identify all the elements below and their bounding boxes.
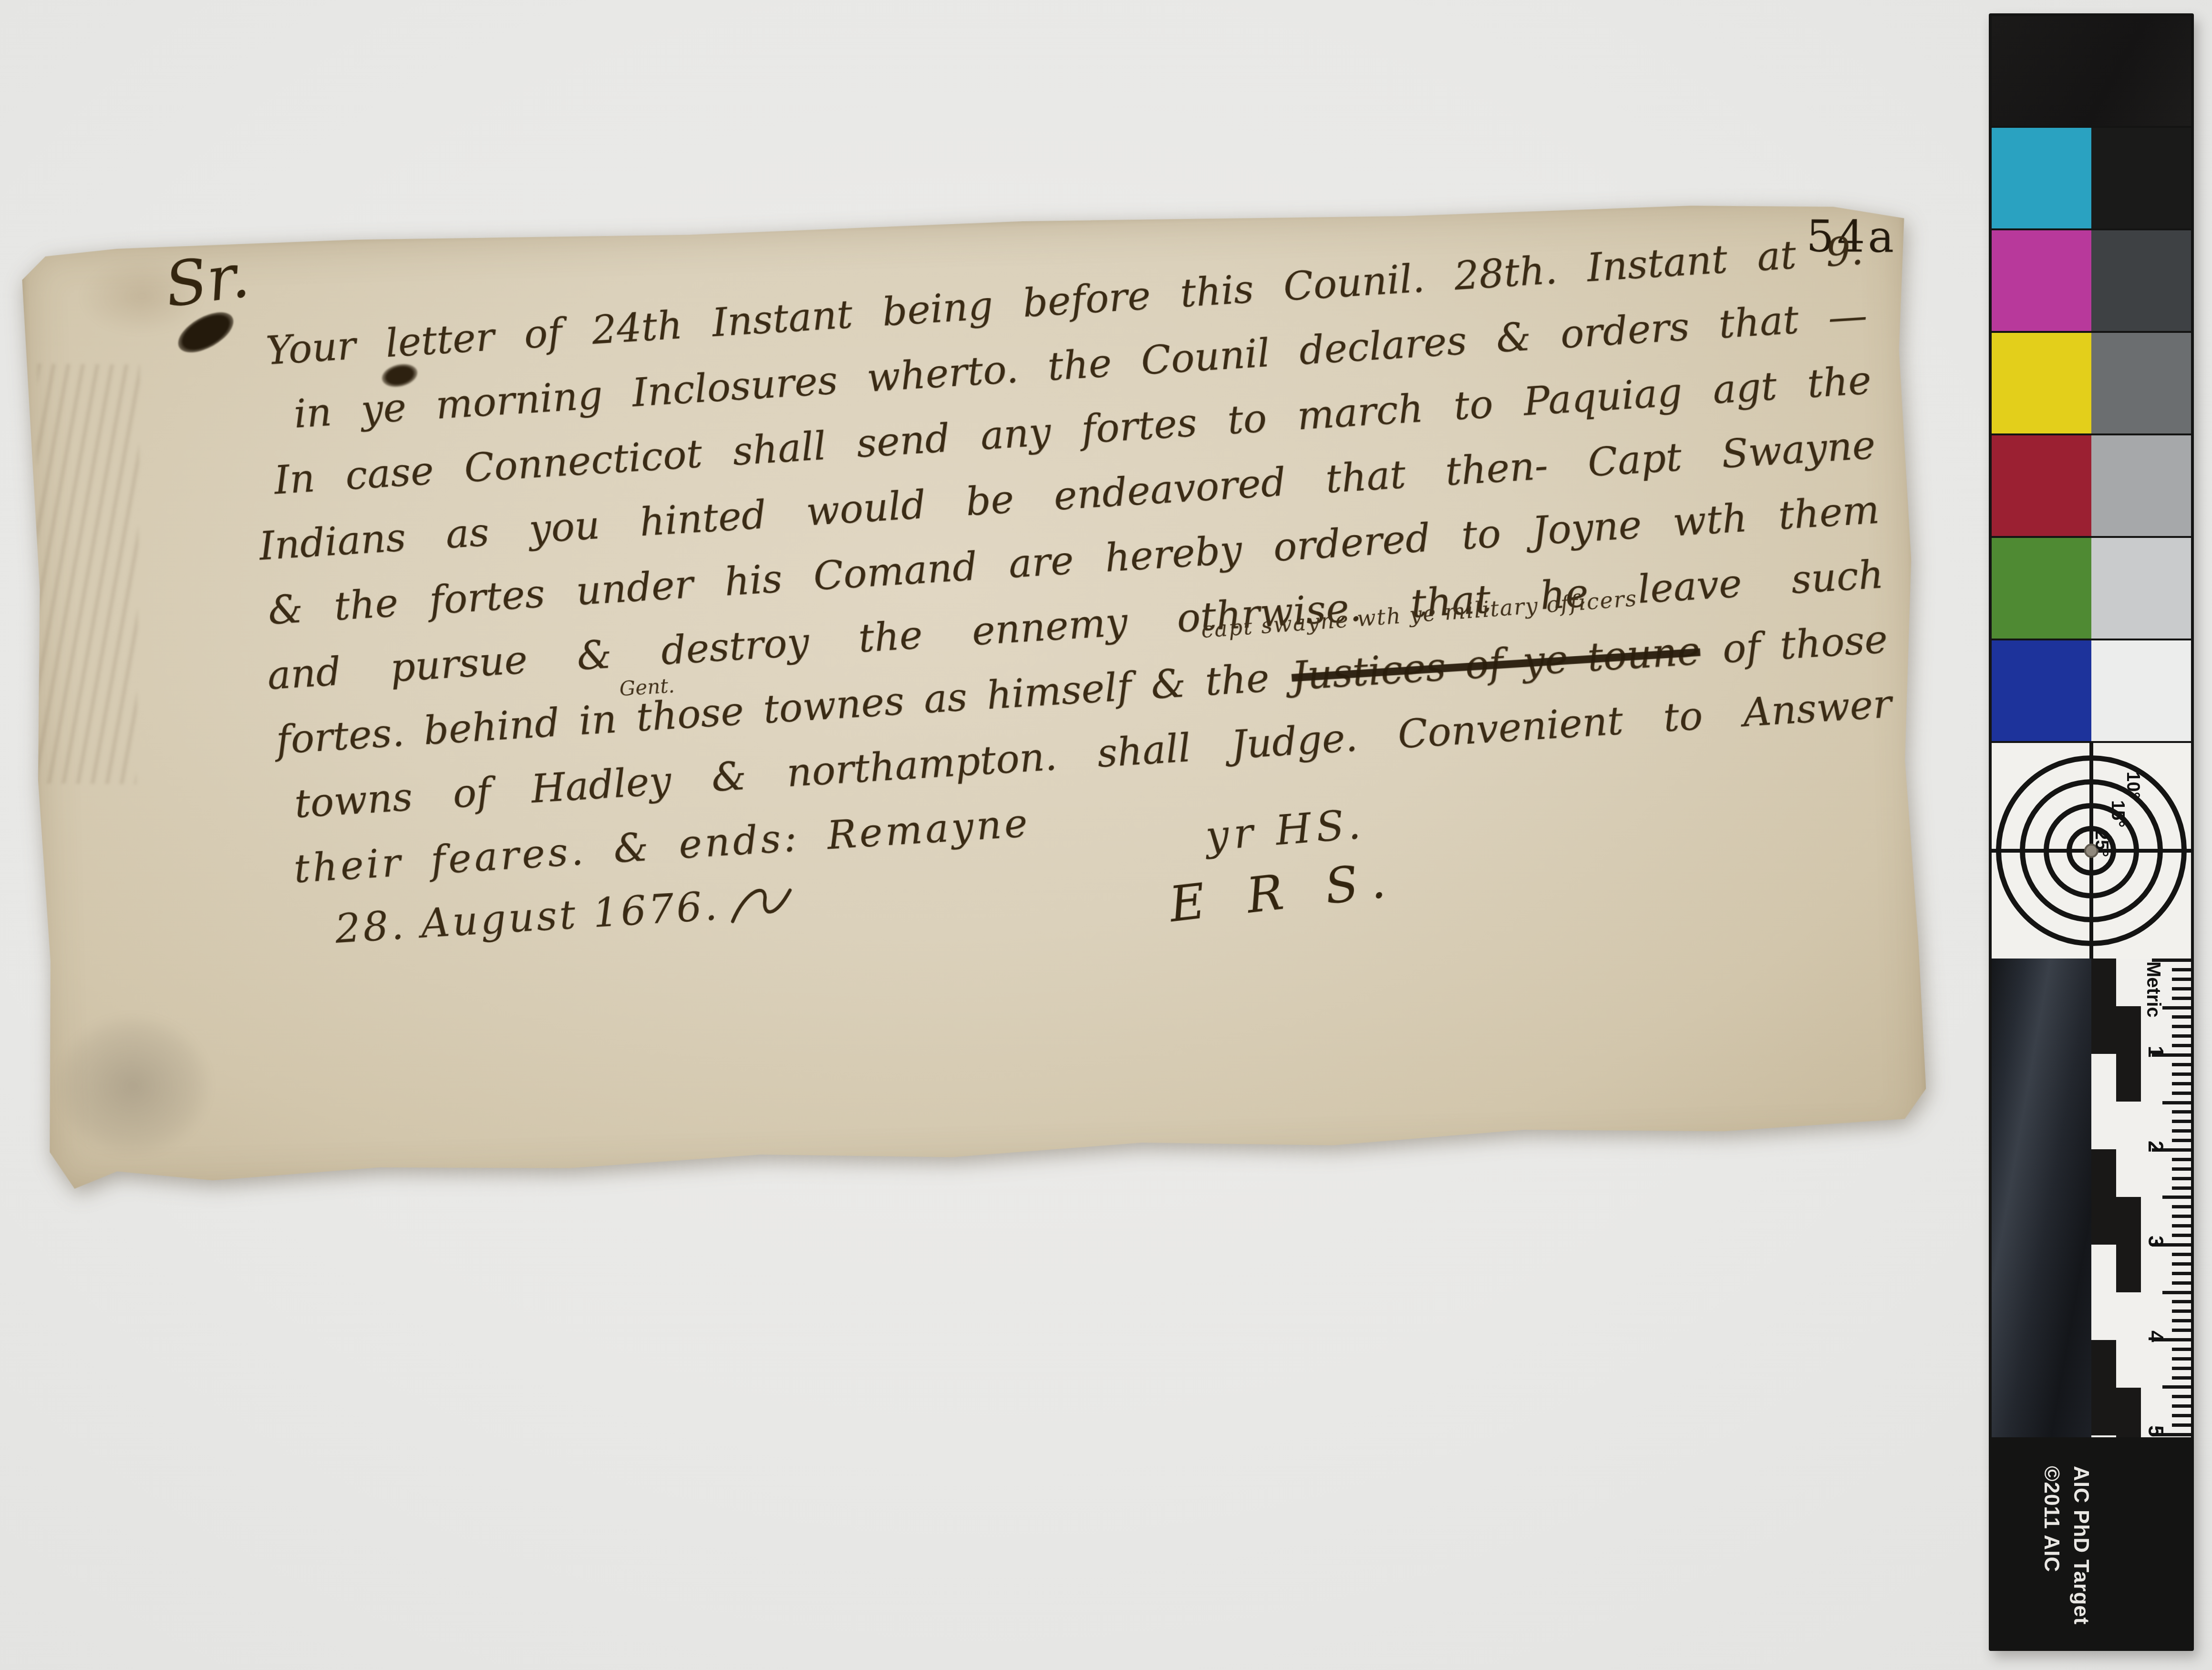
ruler-number-4: 4 xyxy=(2145,1330,2166,1342)
ruler-tick xyxy=(2172,1177,2191,1180)
ruler-tick xyxy=(2172,1234,2191,1237)
ruler-tick xyxy=(2172,1110,2191,1113)
color-patch-magenta xyxy=(1992,230,2091,331)
ruler-tick xyxy=(2172,968,2191,971)
line-text: of those xyxy=(1702,617,1889,673)
ruler-tick xyxy=(2172,1404,2191,1408)
ink-bleedthrough xyxy=(34,364,140,784)
ruler-number-3: 3 xyxy=(2145,1236,2166,1247)
salutation: Sr. xyxy=(162,245,253,317)
paper-sheet: Sr. 54a Your letter of 24th Instant bein… xyxy=(21,197,1930,1196)
checker-column xyxy=(2116,959,2141,1437)
target-footer-text: AIC PhD Target ©2011 AIC xyxy=(2036,1466,2096,1625)
ruler-tick xyxy=(2172,1167,2191,1171)
ruler-tick xyxy=(2172,1348,2191,1351)
ruler-tick xyxy=(2172,1376,2191,1380)
color-patch-yellow xyxy=(1992,333,2091,433)
target-product-label: AIC PhD Target xyxy=(2066,1466,2096,1625)
photograph-stage: Sr. 54a Your letter of 24th Instant bein… xyxy=(0,0,2212,1670)
ruler-tick xyxy=(2172,1092,2191,1095)
ruler-tick xyxy=(2162,1196,2191,1199)
ruler-tick xyxy=(2172,1044,2191,1047)
black-reference-band xyxy=(1992,16,2191,126)
grayscale-patch-gray20 xyxy=(2091,538,2191,639)
ruler-tick xyxy=(2172,1319,2191,1322)
ruler-tick xyxy=(2172,1129,2191,1133)
ruler-tick xyxy=(2172,1158,2191,1161)
ruler-tick xyxy=(2172,1367,2191,1370)
ruler-tick xyxy=(2172,1072,2191,1076)
metric-ruler: Metric 12345 xyxy=(2141,959,2191,1437)
ruler-tick xyxy=(2172,1281,2191,1285)
target-copyright-label: ©2011 AIC xyxy=(2036,1466,2066,1625)
color-calibration-target: 10° 15° 25° Metric 12345 AIC PhD Target … xyxy=(1989,13,2194,1651)
target-footer: AIC PhD Target ©2011 AIC xyxy=(1992,1437,2191,1648)
signature-initials: E R S. xyxy=(1167,855,1401,929)
grayscale-patch-gray40 xyxy=(2091,435,2191,536)
angle-label-15: 15° xyxy=(2107,800,2128,827)
ruler-tick xyxy=(2172,1015,2191,1019)
ruler-tick xyxy=(2172,1205,2191,1208)
gloss-reference-slab xyxy=(1992,959,2091,1437)
checker-column xyxy=(2091,959,2116,1437)
closing-initials: yr HS. xyxy=(1204,804,1367,857)
color-patch-green xyxy=(1992,538,2091,639)
ruler-number-2: 2 xyxy=(2145,1141,2166,1152)
patch-row xyxy=(1992,230,2191,331)
color-patch-blue xyxy=(1992,640,2091,741)
angle-label-25: 25° xyxy=(2091,830,2112,857)
manuscript-page: Sr. 54a Your letter of 24th Instant bein… xyxy=(21,197,1930,1196)
interlinear-note: Gent. xyxy=(619,676,675,699)
patch-row xyxy=(1992,538,2191,639)
ruler-tick xyxy=(2172,1300,2191,1303)
ruler-tick xyxy=(2172,1357,2191,1361)
ruler-tick xyxy=(2172,1215,2191,1218)
ruler-tick xyxy=(2152,959,2191,962)
ruler-tick xyxy=(2172,1272,2191,1275)
grayscale-patch-gray80 xyxy=(2091,230,2191,331)
registration-bullseye: 10° 15° 25° xyxy=(1992,743,2191,959)
ruler-tick xyxy=(2172,1395,2191,1398)
ruler-number-1: 1 xyxy=(2145,1046,2166,1057)
color-patch-cyan xyxy=(1992,128,2091,228)
ruler-tick xyxy=(2172,978,2191,981)
ruler-tick xyxy=(2172,1034,2191,1038)
ruler-tick xyxy=(2172,1082,2191,1085)
ruler-tick xyxy=(2162,1006,2191,1010)
ruler-tick xyxy=(2162,1291,2191,1294)
color-patch-darkred xyxy=(1992,435,2091,536)
ruler-tick xyxy=(2172,987,2191,990)
paper-stain xyxy=(55,1014,211,1156)
ruler-tick xyxy=(2172,1139,2191,1142)
ruler-number-5: 5 xyxy=(2145,1425,2166,1437)
ruler-tick xyxy=(2172,997,2191,1000)
ruler-tick xyxy=(2172,1224,2191,1227)
ruler-tick xyxy=(2162,1101,2191,1104)
ruler-tick xyxy=(2172,1309,2191,1313)
grayscale-patch-gray60 xyxy=(2091,333,2191,433)
ruler-tick xyxy=(2172,1063,2191,1066)
angle-label-10: 10° xyxy=(2122,772,2143,799)
ruler-tick xyxy=(2172,1025,2191,1028)
patch-row xyxy=(1992,435,2191,536)
patch-row xyxy=(1992,640,2191,741)
ruler-tick xyxy=(2172,1414,2191,1417)
ruler-tick xyxy=(2172,1253,2191,1256)
ruler-tick xyxy=(2172,1423,2191,1427)
pen-flourish xyxy=(726,877,796,927)
patch-row xyxy=(1992,128,2191,228)
patch-row xyxy=(1992,333,2191,433)
ruler-tick xyxy=(2172,1262,2191,1266)
ruler-label-metric: Metric xyxy=(2143,961,2164,1018)
grayscale-patch-white xyxy=(2091,640,2191,741)
ruler-tick xyxy=(2162,1385,2191,1389)
letter-body: Your letter of 24th Instant being before… xyxy=(205,219,1898,906)
ruler-tick xyxy=(2172,1186,2191,1190)
grayscale-patch-black xyxy=(2091,128,2191,228)
ruler-tick xyxy=(2172,1120,2191,1123)
ruler-tick xyxy=(2172,1329,2191,1332)
